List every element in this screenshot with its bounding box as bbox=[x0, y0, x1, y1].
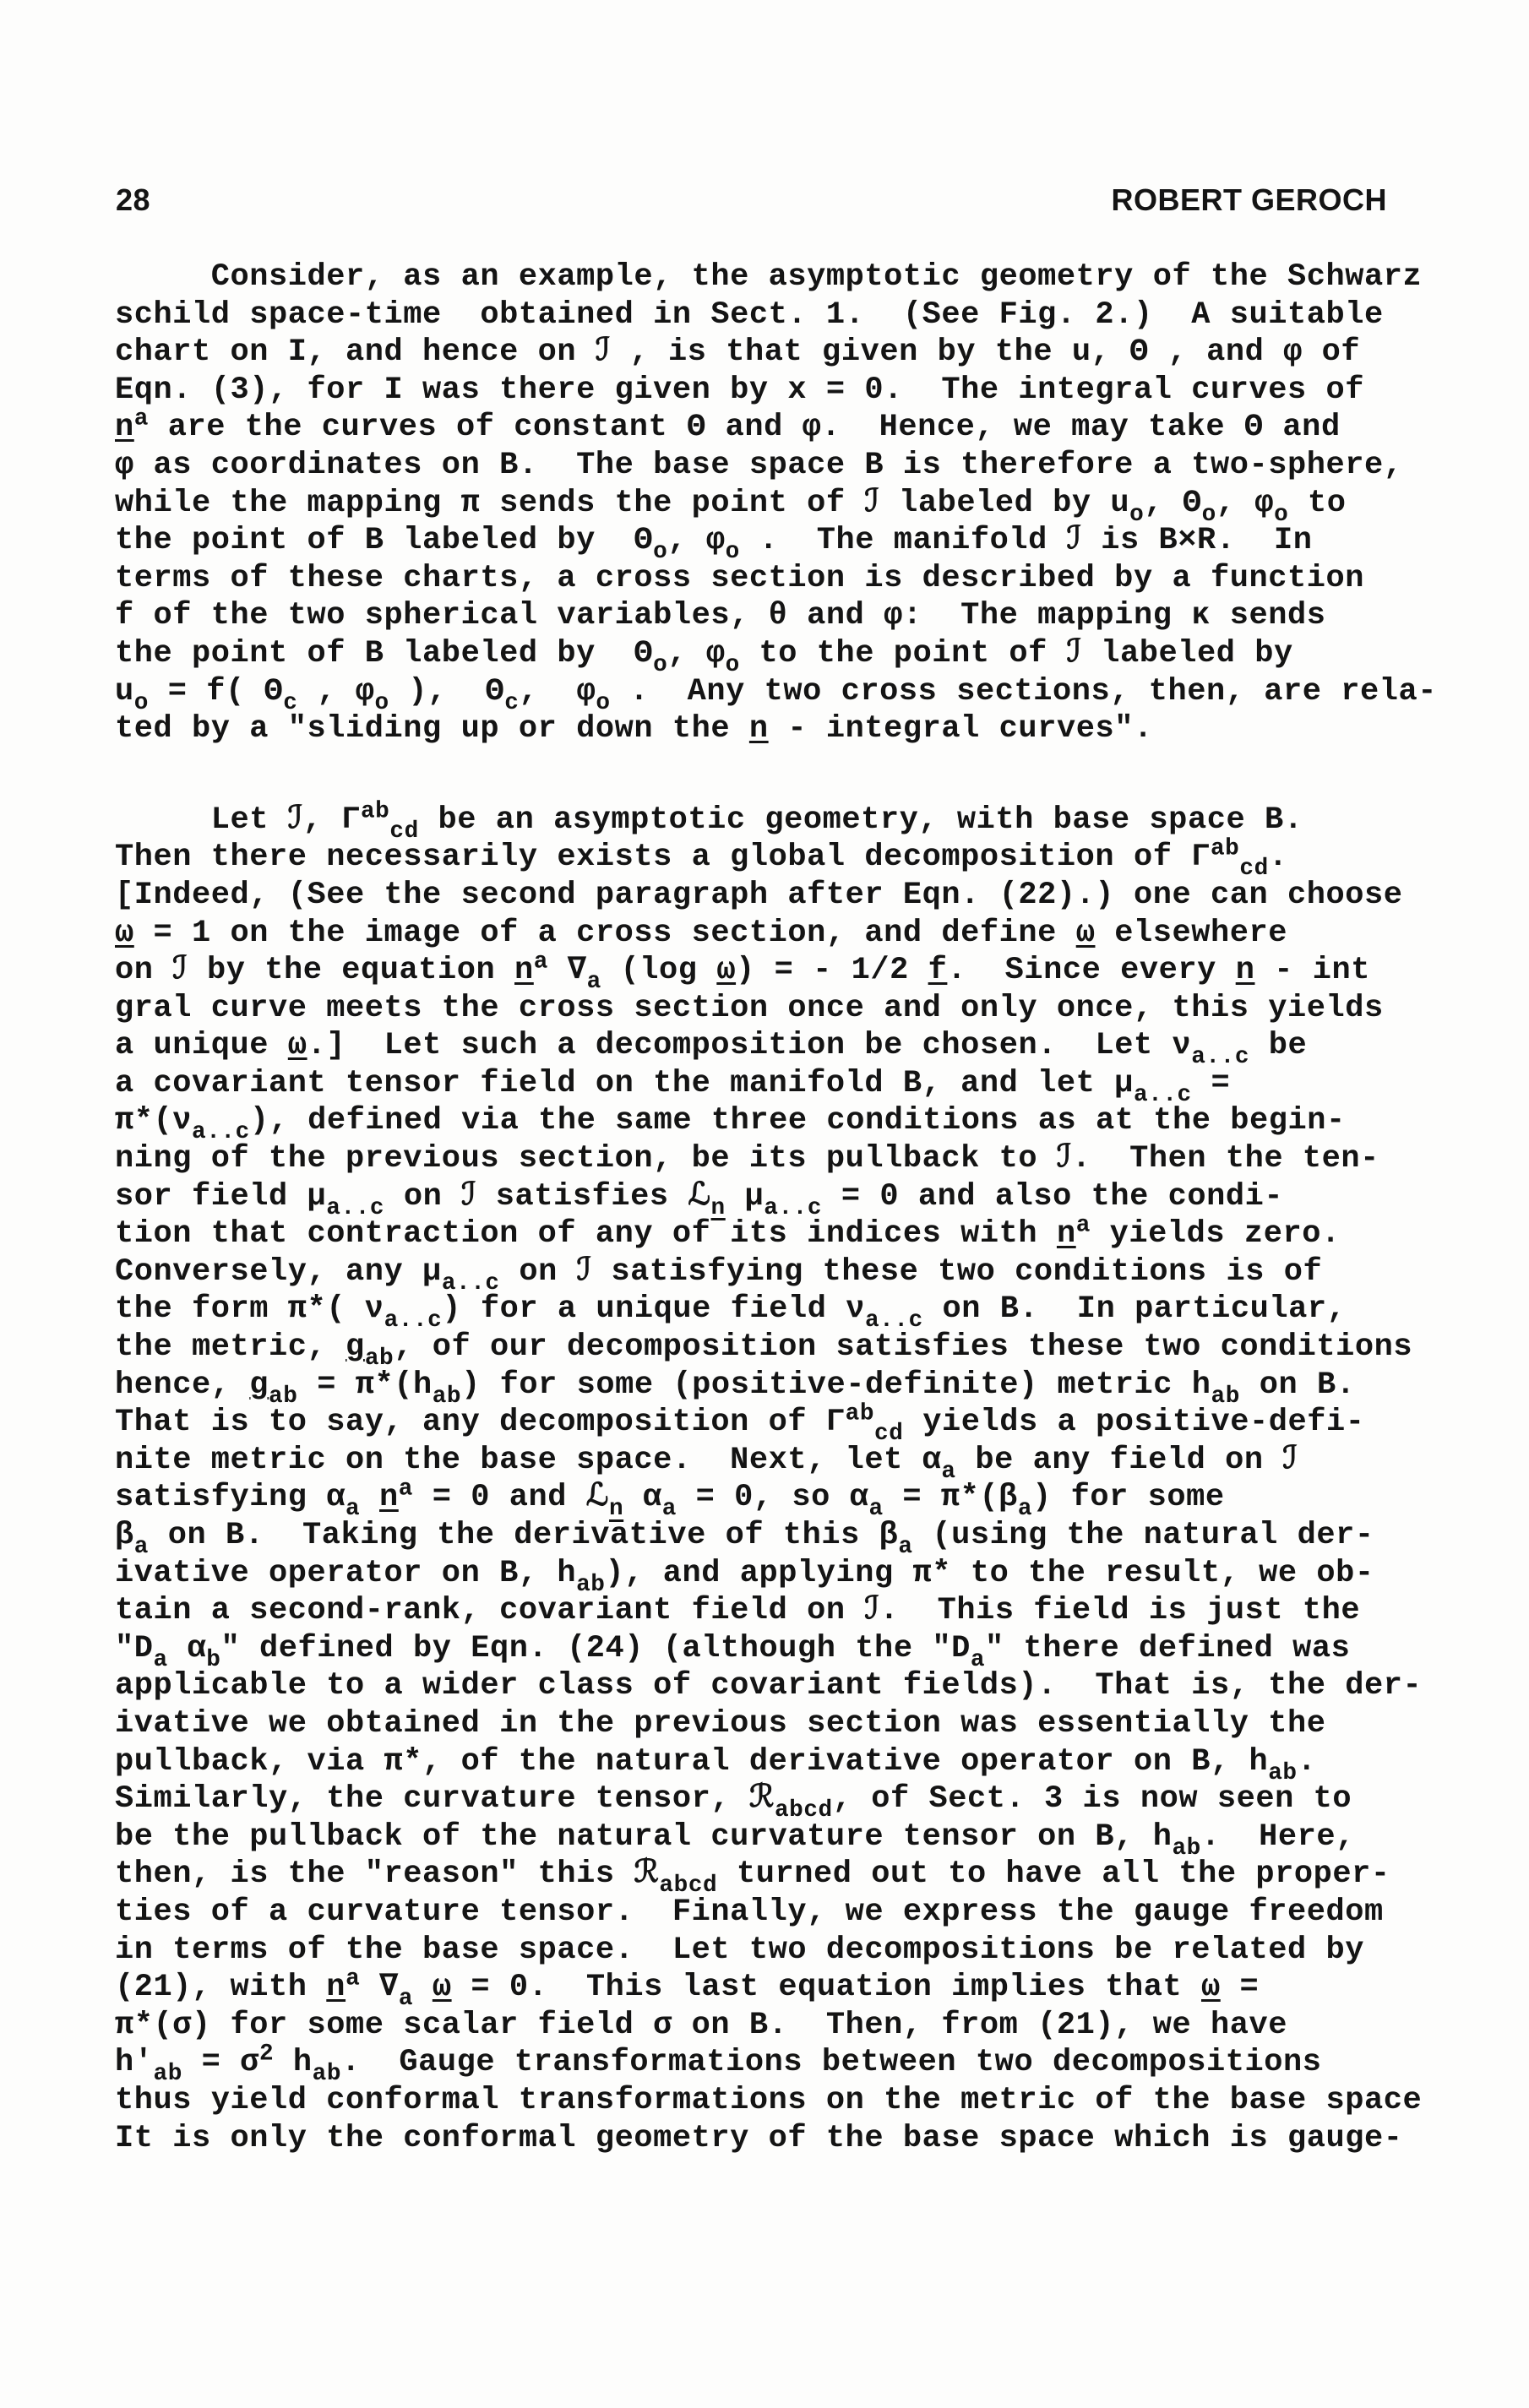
text-line: (21), with na ∇a ω = 0. This last equati… bbox=[115, 1969, 1466, 2007]
page-number: 28 bbox=[116, 182, 150, 218]
text-line: be the pullback of the natural curvature… bbox=[115, 1818, 1466, 1856]
text-line: tion that contraction of any of its indi… bbox=[115, 1215, 1466, 1253]
text-line: the point of B labeled by Θo, φo . The m… bbox=[115, 522, 1466, 560]
text-line: uo = f( Θc , φo ), Θc, φo . Any two cros… bbox=[115, 673, 1466, 711]
text-line: Then there necessarily exists a global d… bbox=[115, 839, 1466, 877]
text-line: Conversely, any μa..c on ℐ satisfying th… bbox=[115, 1253, 1466, 1291]
body-text: Consider, as an example, the asymptotic … bbox=[115, 258, 1466, 2157]
text-line: hence, gab = π*(hab) for some (positive-… bbox=[115, 1367, 1466, 1405]
text-line: a unique ω.] Let such a decomposition be… bbox=[115, 1027, 1466, 1065]
text-line: the metric, gab, of our decomposition sa… bbox=[115, 1329, 1466, 1367]
text-line: ted by a "sliding up or down the n - int… bbox=[115, 710, 1466, 748]
text-line: the form π*( νa..c) for a unique field ν… bbox=[115, 1291, 1466, 1329]
text-line: a covariant tensor field on the manifold… bbox=[115, 1065, 1466, 1103]
text-line: thus yield conformal transformations on … bbox=[115, 2082, 1466, 2120]
text-line: βa on B. Taking the derivative of this β… bbox=[115, 1517, 1466, 1555]
text-line: tain a second-rank, covariant field on ℐ… bbox=[115, 1592, 1466, 1630]
text-line: Let ℐ, Γabcd be an asymptotic geometry, … bbox=[115, 802, 1466, 840]
page: 28 ROBERT GEROCH Consider, as an example… bbox=[0, 0, 1529, 2408]
text-line: That is to say, any decomposition of Γab… bbox=[115, 1404, 1466, 1442]
text-line: ω = 1 on the image of a cross section, a… bbox=[115, 915, 1466, 953]
text-line: the point of B labeled by Θo, φo to the … bbox=[115, 635, 1466, 673]
text-line: Consider, as an example, the asymptotic … bbox=[115, 258, 1466, 296]
text-line: ties of a curvature tensor. Finally, we … bbox=[115, 1894, 1466, 1932]
text-line: ivative we obtained in the previous sect… bbox=[115, 1705, 1466, 1743]
text-line: Similarly, the curvature tensor, ℛabcd, … bbox=[115, 1780, 1466, 1818]
text-line: satisfying αa na = 0 and ℒn αa = 0, so α… bbox=[115, 1479, 1466, 1517]
text-line: while the mapping π sends the point of ℐ… bbox=[115, 485, 1466, 523]
text-line: h'ab = σ2 hab. Gauge transformations bet… bbox=[115, 2044, 1466, 2082]
text-line: in terms of the base space. Let two deco… bbox=[115, 1932, 1466, 1970]
text-line: ivative operator on B, hab), and applyin… bbox=[115, 1555, 1466, 1593]
text-line: applicable to a wider class of covariant… bbox=[115, 1667, 1466, 1705]
text-line: [Indeed, (See the second paragraph after… bbox=[115, 877, 1466, 915]
paragraph-1: Consider, as an example, the asymptotic … bbox=[115, 258, 1466, 748]
text-line: "Da αb" defined by Eqn. (24) (although t… bbox=[115, 1630, 1466, 1668]
text-line: pullback, via π*, of the natural derivat… bbox=[115, 1743, 1466, 1781]
text-line: chart on I, and hence on ℐ , is that giv… bbox=[115, 334, 1466, 372]
text-line: π*(νa..c), defined via the same three co… bbox=[115, 1102, 1466, 1140]
paragraph-2: Let ℐ, Γabcd be an asymptotic geometry, … bbox=[115, 802, 1466, 2157]
text-line: f of the two spherical variables, θ and … bbox=[115, 597, 1466, 635]
text-line: on ℐ by the equation na ∇a (log ω) = - 1… bbox=[115, 952, 1466, 990]
text-line: Eqn. (3), for I was there given by x = 0… bbox=[115, 372, 1466, 410]
text-line: π*(σ) for some scalar field σ on B. Then… bbox=[115, 2007, 1466, 2045]
text-line: sor field μa..c on ℐ satisfies ℒn μa..c … bbox=[115, 1178, 1466, 1216]
text-line: then, is the "reason" this ℛabcd turned … bbox=[115, 1856, 1466, 1894]
running-head: ROBERT GEROCH bbox=[1111, 182, 1387, 218]
text-line: nite metric on the base space. Next, let… bbox=[115, 1442, 1466, 1480]
text-line: terms of these charts, a cross section i… bbox=[115, 560, 1466, 598]
page-header: 28 ROBERT GEROCH bbox=[116, 182, 1387, 218]
text-line: na are the curves of constant Θ and φ. H… bbox=[115, 409, 1466, 447]
text-line: φ as coordinates on B. The base space B … bbox=[115, 447, 1466, 485]
text-line: gral curve meets the cross section once … bbox=[115, 990, 1466, 1028]
text-line: ning of the previous section, be its pul… bbox=[115, 1140, 1466, 1178]
text-line: It is only the conformal geometry of the… bbox=[115, 2120, 1466, 2158]
text-line: schild space-time obtained in Sect. 1. (… bbox=[115, 296, 1466, 334]
